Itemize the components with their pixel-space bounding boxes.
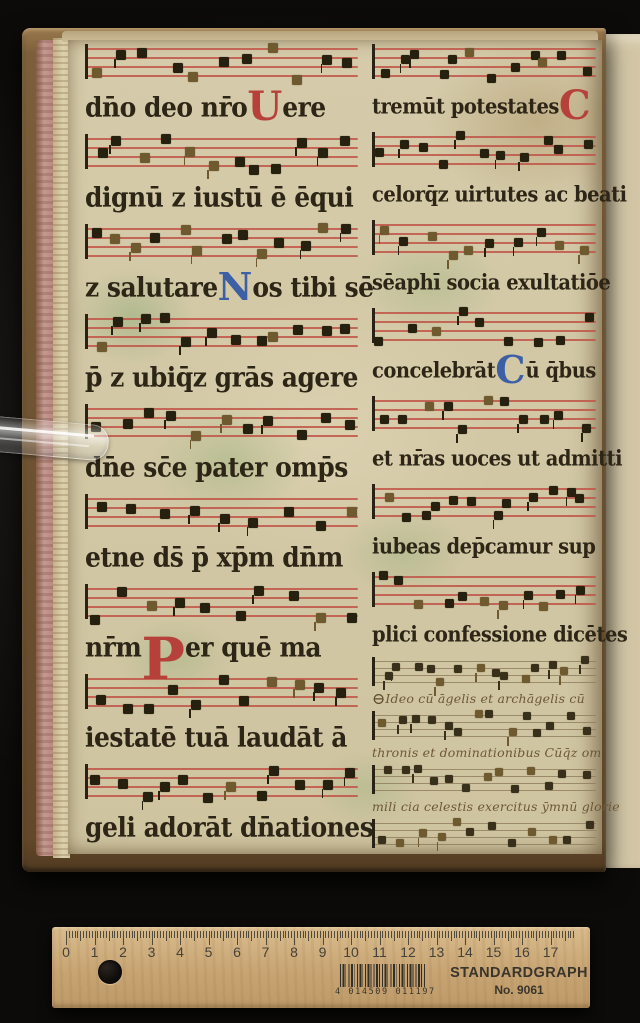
staff-line (372, 233, 596, 235)
neume-note (531, 664, 539, 672)
neume-stem (575, 595, 577, 604)
neume-note (563, 836, 571, 844)
ruler-tick (263, 931, 264, 938)
ruler-cm-label: 14 (457, 944, 473, 960)
neume-note (428, 232, 437, 241)
neume-stem (400, 64, 402, 73)
text-segment: er quē ma (185, 631, 321, 662)
ruler-cm-label: 10 (343, 944, 359, 960)
text-segment: p̄ z ubiq̄z grās agere (85, 361, 358, 392)
text-segment: ere (282, 91, 325, 122)
neume-note (456, 131, 465, 140)
ruler-tick (377, 931, 378, 938)
staff-line (372, 729, 596, 730)
ruler-tick (491, 931, 492, 938)
ruler-tick (568, 931, 569, 938)
neume-note (191, 431, 201, 441)
music-staff (85, 220, 360, 264)
staff-line (372, 330, 596, 332)
music-staff (372, 480, 598, 524)
neume-stem (184, 156, 186, 165)
ruler-tick (69, 931, 70, 938)
neume-stem (173, 607, 175, 616)
neume-note (242, 54, 252, 64)
neume-note (465, 48, 474, 57)
neume-note (340, 136, 350, 146)
neume-stem (158, 791, 160, 800)
staff-line (85, 498, 358, 500)
ruler-tick (368, 931, 369, 938)
ruler-tick (177, 931, 178, 938)
neume-stem (322, 789, 324, 798)
staff-line (85, 345, 358, 347)
text-segment: et nr̄as uoces ut admitti (372, 446, 622, 471)
staff-line (85, 606, 358, 608)
staff-line (372, 312, 596, 314)
staff-start-bar (372, 220, 375, 255)
text-segment: os tibi sē (252, 271, 373, 302)
ruler-tick (140, 931, 141, 938)
staff-line (372, 488, 596, 490)
neume-note (392, 663, 400, 671)
chant-text-line: z salutare Nos tibi sē (85, 264, 360, 310)
neume-note (458, 425, 467, 434)
ruler-tick (311, 931, 312, 938)
ruler-tick (257, 931, 258, 938)
neume-stem (513, 247, 515, 256)
ruler-tick (456, 931, 457, 938)
music-staff (85, 310, 360, 354)
ruler-tick (559, 931, 560, 938)
neume-note (485, 710, 493, 718)
ruler-tick (391, 931, 392, 938)
ruler-tick (114, 931, 115, 938)
ruler-cm-label: 15 (486, 944, 502, 960)
staff-line (85, 327, 358, 329)
neume-note (295, 780, 305, 790)
neume-note (239, 696, 249, 706)
music-staff (85, 40, 360, 84)
neume-note (269, 766, 279, 776)
neume-stem (293, 689, 295, 698)
ruler-tick (291, 931, 292, 938)
neume-note (284, 507, 294, 517)
neume-note (209, 161, 219, 171)
neume-note (345, 768, 355, 778)
ruler-tick (320, 931, 321, 938)
neume-note (96, 695, 106, 705)
ruler-tick (217, 931, 218, 938)
neume-note (496, 151, 505, 160)
text-segment: sēaphī socia exultatiōe (372, 270, 610, 295)
neume-note (458, 592, 467, 601)
neume-stem (344, 777, 346, 786)
neume-stem (300, 250, 302, 259)
neume-note (342, 58, 352, 68)
ruler-tick (414, 931, 415, 938)
ruler-cm-label: 6 (233, 944, 241, 960)
neume-note (581, 656, 589, 664)
neume-note (322, 326, 332, 336)
ruler-tick (380, 931, 381, 945)
ruler-tick (169, 931, 170, 938)
ruler-tick (149, 931, 150, 938)
neume-note (160, 782, 170, 792)
neume-note (238, 230, 248, 240)
chant-text-line: ⊖ Ideo cū āgelis et archāgelis cū (372, 686, 598, 710)
neume-note (263, 416, 273, 426)
neume-note (231, 335, 241, 345)
neume-note (248, 518, 258, 528)
neume-note (175, 598, 185, 608)
staff-line (372, 790, 596, 791)
neume-note (438, 833, 446, 841)
chant-text-line: celorq̄z uirtutes ac beati (372, 172, 598, 216)
ruler-tick (365, 931, 366, 941)
neume-note (166, 411, 176, 421)
neume-note (203, 793, 213, 803)
neume-stem (321, 64, 323, 73)
ruler-tick (248, 931, 249, 938)
neume-stem (553, 420, 555, 429)
manuscript-page: dn̄o deo nr̄o Ueredignū z iustū ē ēquiz … (68, 40, 602, 854)
neume-stem (409, 59, 411, 68)
neume-note (495, 768, 503, 776)
ruler-tick (163, 931, 164, 938)
neume-note (567, 712, 575, 720)
neume-stem (317, 157, 319, 166)
ruler-cm-label: 2 (119, 944, 127, 960)
wooden-ruler: 01234567891011121314151617 4 014509 0111… (52, 927, 590, 1008)
neume-note (345, 420, 355, 430)
ruler-tick (334, 931, 335, 938)
ruler-tick (209, 931, 210, 945)
ruler-tick (405, 931, 406, 938)
neume-note (428, 716, 436, 724)
ruler-tick (103, 931, 104, 938)
ruler-tick (522, 931, 523, 945)
staff-line (372, 783, 596, 784)
ruler-cm-label: 17 (543, 944, 559, 960)
ruler-tick (494, 931, 495, 945)
music-staff (372, 392, 598, 436)
ruler-tick (288, 931, 289, 938)
neume-note (444, 402, 453, 411)
staff-start-bar (85, 314, 88, 349)
neume-note (557, 51, 566, 60)
ruler-tick (508, 931, 509, 941)
neume-note (301, 241, 311, 251)
staff-line (85, 696, 358, 698)
neume-note (110, 234, 120, 244)
neume-note (439, 160, 448, 169)
ruler-tick (374, 931, 375, 938)
ruler-tick (451, 931, 452, 941)
neume-note (449, 251, 458, 260)
neume-note (375, 148, 384, 157)
rod-highlight (0, 426, 94, 437)
neume-note (454, 728, 462, 736)
neume-stem (114, 59, 116, 68)
staff-line (85, 75, 358, 77)
neume-note (380, 415, 389, 424)
neume-note (147, 601, 157, 611)
neume-note (546, 722, 554, 730)
ruler-tick (371, 931, 372, 938)
neume-note (560, 667, 568, 675)
ruler-tick (337, 931, 338, 941)
neume-note (492, 669, 500, 677)
ruler-tick (308, 931, 309, 941)
ruler-tick (305, 931, 306, 938)
ruler-tick (112, 931, 113, 938)
music-staff (372, 656, 598, 686)
text-segment: thronis et dominationibus Cūq̄z om (372, 745, 601, 760)
neume-stem (398, 246, 400, 255)
neume-note (268, 332, 278, 342)
ruler-tick (325, 931, 326, 938)
neume-note (485, 239, 494, 248)
music-staff (372, 764, 598, 794)
neume-note (402, 766, 410, 774)
ruler-barcode (340, 964, 425, 987)
neume-note (188, 72, 198, 82)
neume-note (143, 792, 153, 802)
ruler-tick (553, 931, 554, 938)
ruler-tick (505, 931, 506, 938)
ruler-tick (468, 931, 469, 938)
staff-line (85, 408, 358, 410)
staff-start-bar (85, 134, 88, 169)
neume-note (520, 153, 529, 162)
neume-stem (267, 775, 269, 784)
ruler-cm-label: 11 (372, 944, 387, 960)
neume-stem (295, 147, 297, 156)
ruler-tick (66, 931, 67, 945)
neume-note (374, 337, 383, 346)
ruler-tick (411, 931, 412, 938)
ruler-tick (551, 931, 552, 945)
ruler-tick (531, 931, 532, 938)
ruler-tick (75, 931, 76, 938)
neume-stem (442, 411, 444, 420)
ruler-tick (285, 931, 286, 938)
chant-text-line: et nr̄as uoces ut admitti (372, 436, 598, 480)
neume-note (341, 224, 351, 234)
ruler-tick (237, 931, 238, 945)
ruler-tick (362, 931, 363, 938)
ruler-tick (348, 931, 349, 938)
neume-note (181, 337, 191, 347)
text-segment: etne ds̄ p̄ xp̄m dn̄m (85, 541, 343, 572)
neume-note (347, 613, 357, 623)
neume-stem (495, 160, 497, 169)
ruler-tick (157, 931, 158, 938)
staff-line (85, 138, 358, 140)
text-segment: celorq̄z uirtutes ac beati (372, 182, 627, 207)
text-segment: dn̄e sc̄e pater omp̄s (85, 451, 348, 482)
neume-note (249, 165, 259, 175)
neume-note (380, 226, 389, 235)
neume-note (549, 661, 557, 669)
text-segment: geli adorāt dn̄ationes (85, 811, 373, 842)
ruler-tick (351, 931, 352, 945)
music-staff (372, 304, 598, 348)
neume-note (323, 780, 333, 790)
neume-note (475, 318, 484, 327)
neume-note (92, 228, 102, 238)
ruler-tick (439, 931, 440, 938)
ruler-tick (488, 931, 489, 938)
ruler-tick (479, 931, 480, 941)
staff-start-bar (85, 764, 88, 799)
text-segment: concelebrāt (372, 358, 495, 383)
ruler-tick (251, 931, 252, 941)
ruler-tick (511, 931, 512, 938)
neume-note (379, 571, 388, 580)
neume-stem (109, 145, 111, 154)
ruler-tick (92, 931, 93, 938)
text-segment: plici confessione dicētes (372, 622, 627, 647)
text-segment: Ideo cū āgelis et archāgelis cū (385, 691, 584, 706)
text-column-right: tremūt potestates Ccelorq̄z uirtutes ac … (372, 40, 598, 848)
neume-note (378, 719, 386, 727)
neume-note (425, 402, 434, 411)
neume-note (414, 765, 422, 773)
ruler-cm-label: 9 (319, 944, 327, 960)
neume-note (137, 48, 147, 58)
ruler-tick (394, 931, 395, 941)
ruler-tick (123, 931, 124, 945)
ruler-tick (397, 931, 398, 938)
ruler-tick (485, 931, 486, 938)
neume-note (113, 317, 123, 327)
staff-line (85, 336, 358, 338)
ruler-tick (385, 931, 386, 938)
ruler-tick (206, 931, 207, 938)
neume-stem (484, 248, 486, 257)
neume-note (92, 68, 102, 78)
neume-note (500, 397, 509, 406)
ruler-tick (419, 931, 420, 938)
ruler-tick (266, 931, 267, 945)
staff-start-bar (372, 657, 375, 686)
neume-stem (111, 326, 113, 335)
ruler-tick (160, 931, 161, 938)
neume-note (466, 828, 474, 836)
ruler-tick (471, 931, 472, 938)
ruler-tick (100, 931, 101, 938)
chant-text-line: p̄ z ubiq̄z grās agere (85, 354, 360, 400)
neume-stem (139, 323, 141, 332)
ruler-cm-label: 0 (62, 944, 70, 960)
neume-note (116, 50, 126, 60)
ruler-tick (174, 931, 175, 938)
ruler-tick (146, 931, 147, 938)
staff-start-bar (372, 44, 375, 79)
ruler-tick (189, 931, 190, 938)
neume-note (314, 683, 324, 693)
neume-stem (536, 237, 538, 246)
neume-note (519, 415, 528, 424)
ruler-tick (454, 931, 455, 938)
neume-stem (379, 235, 381, 244)
ruler-tick (106, 931, 107, 938)
neume-note (415, 663, 423, 671)
neume-note (459, 307, 468, 316)
ruler-cm-label: 3 (148, 944, 156, 960)
ruler-tick (408, 931, 409, 945)
staff-line (372, 675, 596, 676)
ruler-tick (360, 931, 361, 938)
neume-note (528, 828, 536, 836)
neume-note (514, 238, 523, 247)
ruler-tick (357, 931, 358, 938)
ruler-tick (303, 931, 304, 938)
neume-note (445, 599, 454, 608)
ruler-tick (345, 931, 346, 938)
neume-note (445, 722, 453, 730)
music-staff (372, 710, 598, 740)
text-segment: z salutare (85, 271, 218, 302)
neume-stem (454, 140, 456, 149)
neume-note (220, 514, 230, 524)
ruler-tick (228, 931, 229, 938)
neume-note (394, 576, 403, 585)
neume-stem (398, 149, 400, 158)
text-segment: nr̄m (85, 631, 141, 662)
ruler-tick (314, 931, 315, 938)
neume-stem (205, 337, 207, 346)
ruler-tick (223, 931, 224, 941)
neume-stem (566, 497, 568, 506)
staff-line (85, 597, 358, 599)
neume-note (126, 504, 136, 514)
staff-line (372, 661, 596, 662)
neume-note (582, 424, 591, 433)
staff-line (85, 795, 358, 797)
ruler-tick (573, 931, 574, 938)
staff-start-bar (372, 819, 375, 848)
neume-stem (523, 600, 525, 609)
neume-note (487, 74, 496, 83)
ruler-tick (154, 931, 155, 938)
neume-note (584, 140, 593, 149)
neume-stem (527, 502, 529, 511)
neume-note (480, 149, 489, 158)
ruler-tick (516, 931, 517, 938)
neume-note (123, 704, 133, 714)
ruler-tick (194, 931, 195, 941)
neume-note (398, 415, 407, 424)
neume-note (477, 664, 485, 672)
ruler-tick (220, 931, 221, 938)
staff-start-bar (372, 711, 375, 740)
ruler-tick (277, 931, 278, 938)
music-staff (85, 580, 360, 624)
neume-note (431, 502, 440, 511)
ruler-tick (77, 931, 78, 938)
staff-line (372, 136, 596, 138)
neume-note (219, 57, 229, 67)
neume-note (381, 69, 390, 78)
neume-stem (444, 731, 446, 740)
ruler-tick (502, 931, 503, 938)
ruler-tick (214, 931, 215, 938)
neume-stem (391, 672, 393, 681)
neume-note (467, 497, 476, 506)
neume-note (378, 836, 386, 844)
